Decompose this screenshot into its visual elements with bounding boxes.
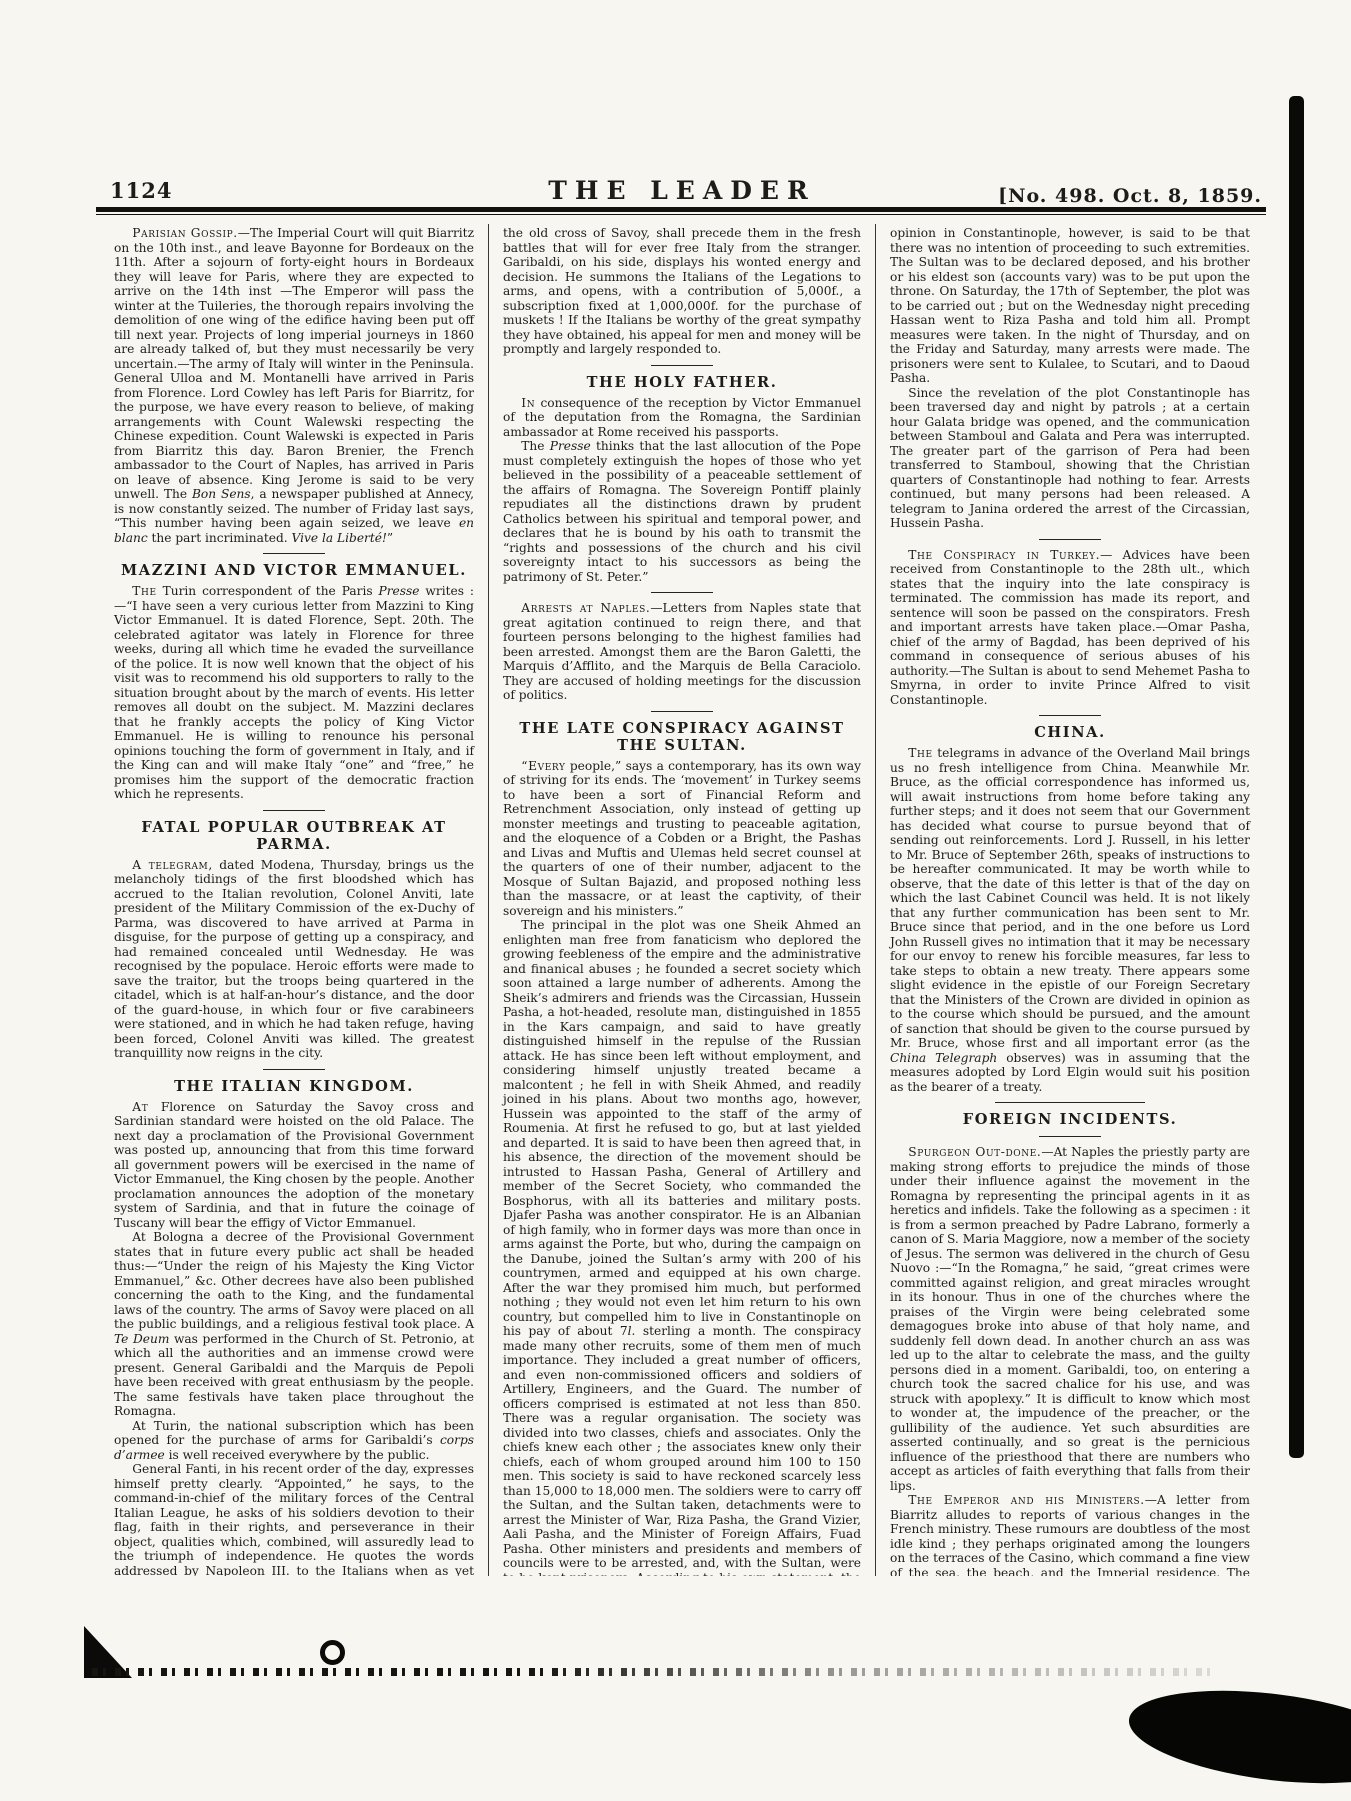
section-separator-rule bbox=[1039, 539, 1101, 540]
paragraph: Spurgeon Out-done.—At Naples the priestl… bbox=[890, 1145, 1250, 1493]
paragraph: The Turin correspondent of the Paris Pre… bbox=[114, 584, 474, 802]
section-separator-rule bbox=[1039, 715, 1101, 716]
paragraph: The Conspiracy in Turkey.— Advices have … bbox=[890, 548, 1250, 708]
paragraph-lead: The Emperor and his Ministers. bbox=[908, 1493, 1144, 1507]
paragraph: The Presse thinks that the last allocuti… bbox=[503, 439, 861, 584]
paragraph: In consequence of the reception by Victo… bbox=[503, 396, 861, 440]
paragraph: The principal in the plot was one Sheik … bbox=[503, 918, 861, 1576]
right-edge-scan-bar bbox=[1289, 96, 1304, 1458]
header-rule-thick bbox=[96, 207, 1266, 212]
paragraph-lead: In bbox=[521, 396, 535, 410]
bottom-ink-smudge-band bbox=[92, 1668, 1212, 1676]
paragraph-lead: The bbox=[132, 584, 156, 598]
paragraph-lead: “Every bbox=[521, 759, 565, 773]
paragraph-lead: The Conspiracy in Turkey. bbox=[908, 548, 1100, 562]
paragraph-lead: A telegram, bbox=[132, 858, 213, 872]
header-double-rule bbox=[96, 207, 1266, 216]
ink-ring-mark bbox=[320, 1640, 345, 1665]
paragraph: A telegram, dated Modena, Thursday, brin… bbox=[114, 858, 474, 1061]
paragraph: The Emperor and his Ministers.—A letter … bbox=[890, 1493, 1250, 1576]
paragraph: At Bologna a decree of the Provisional G… bbox=[114, 1230, 474, 1419]
column-3: opinion in Constantinople, however, is s… bbox=[876, 224, 1264, 1576]
paragraph: The telegrams in advance of the Overland… bbox=[890, 746, 1250, 1094]
paragraph-lead: Arrests at Naples. bbox=[521, 601, 650, 615]
section-separator-rule bbox=[263, 1069, 325, 1070]
article-heading: THE HOLY FATHER. bbox=[503, 374, 861, 391]
section-separator-rule bbox=[651, 592, 713, 593]
article-heading: CHINA. bbox=[890, 724, 1250, 741]
section-separator-rule bbox=[651, 365, 713, 366]
paragraph: General Fanti, in his recent order of th… bbox=[114, 1462, 474, 1576]
header-rule-thin bbox=[96, 214, 1266, 215]
paragraph: “Every people,” says a contemporary, has… bbox=[503, 759, 861, 919]
column-2: the old cross of Savoy, shall precede th… bbox=[488, 224, 876, 1576]
paragraph: Arrests at Naples.—Letters from Naples s… bbox=[503, 601, 861, 703]
newspaper-page-scan: { "colors": { "paper": "#f7f6f1", "ink":… bbox=[0, 0, 1351, 1801]
paragraph: At Florence on Saturday the Savoy cross … bbox=[114, 1100, 474, 1231]
paragraph-lead: The bbox=[908, 746, 932, 760]
paragraph-lead: At bbox=[132, 1100, 148, 1114]
paragraph: the old cross of Savoy, shall precede th… bbox=[503, 226, 861, 357]
article-heading: THE LATE CONSPIRACY AGAINST THE SULTAN. bbox=[503, 720, 861, 754]
section-separator-rule bbox=[263, 810, 325, 811]
article-heading: MAZZINI AND VICTOR EMMANUEL. bbox=[114, 562, 474, 579]
paragraph-lead: Spurgeon Out-done. bbox=[908, 1145, 1041, 1159]
issue-info: [No. 498. Oct. 8, 1859. bbox=[998, 185, 1262, 207]
article-heading: FATAL POPULAR OUTBREAK AT PARMA. bbox=[114, 819, 474, 853]
section-separator-rule bbox=[1039, 1136, 1101, 1137]
section-separator-rule bbox=[995, 1102, 1145, 1103]
article-heading: FOREIGN INCIDENTS. bbox=[890, 1111, 1250, 1128]
column-1: Parisian Gossip.—The Imperial Court will… bbox=[100, 224, 488, 1576]
paragraph: At Turin, the national subscription whic… bbox=[114, 1419, 474, 1463]
section-separator-rule bbox=[651, 711, 713, 712]
paragraph: Parisian Gossip.—The Imperial Court will… bbox=[114, 226, 474, 545]
bottom-right-page-curl-shadow bbox=[1124, 1677, 1351, 1798]
paragraph: opinion in Constantinople, however, is s… bbox=[890, 226, 1250, 386]
paragraph: Since the revelation of the plot Constan… bbox=[890, 386, 1250, 531]
columns-container: Parisian Gossip.—The Imperial Court will… bbox=[100, 224, 1264, 1576]
article-heading: THE ITALIAN KINGDOM. bbox=[114, 1078, 474, 1095]
page-header: 1124 THE LEADER [No. 498. Oct. 8, 1859. bbox=[102, 163, 1262, 205]
paragraph-lead: Parisian Gossip. bbox=[132, 226, 237, 240]
section-separator-rule bbox=[263, 553, 325, 554]
